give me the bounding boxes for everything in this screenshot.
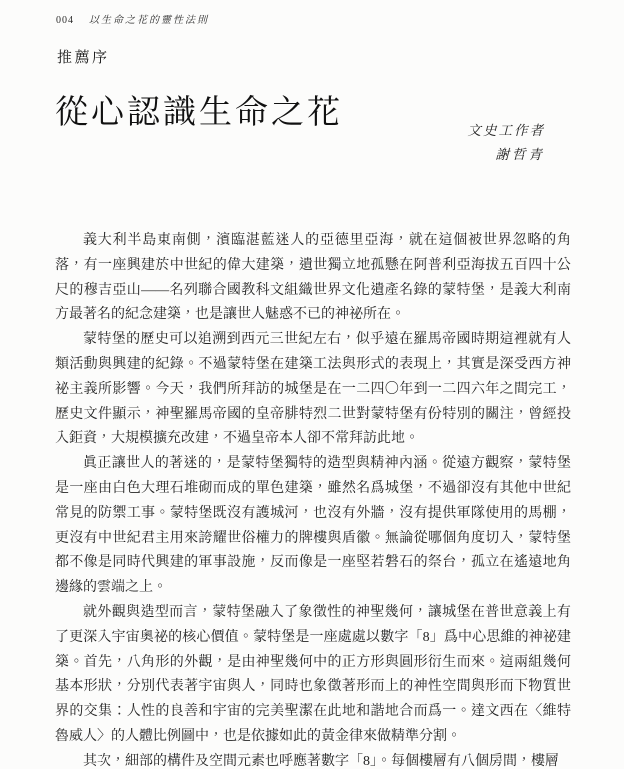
author-name: 謝哲青 xyxy=(468,143,546,167)
body-paragraph: 就外觀與造型而言，蒙特堡融入了象徵性的神聖幾何，讓城堡在普世意義上有了更深入宇宙… xyxy=(55,601,571,750)
body-paragraph: 眞正讓世人的著迷的，是蒙特堡獨特的造型與精神內涵。從遠方觀察，蒙特堡是一座由白色… xyxy=(55,452,571,601)
author-role: 文史工作者 xyxy=(468,119,546,143)
running-title: 以生命之花的靈性法則 xyxy=(89,11,209,26)
body-paragraph: 其次，細部的構件及空間元素也呼應著數字「8」。每個樓層有八個房間，樓層 xyxy=(55,750,571,769)
page-header: 004 以生命之花的靈性法則 xyxy=(56,11,209,26)
preface-label: 推薦序 xyxy=(57,46,110,67)
page-title: 從心認識生命之花 xyxy=(55,86,343,133)
book-page: 004 以生命之花的靈性法則 推薦序 從心認識生命之花 文史工作者 謝哲青 義大… xyxy=(0,0,624,769)
body-paragraph: 蒙特堡的歷史可以追溯到西元三世紀左右，似乎遠在羅馬帝國時期這裡就有人類活動與興建… xyxy=(55,328,571,452)
body-paragraph: 義大利半島東南側，濱臨湛藍迷人的亞德里亞海，就在這個被世界忽略的角落，有一座興建… xyxy=(55,229,571,328)
page-number: 004 xyxy=(56,15,74,26)
author-block: 文史工作者 謝哲青 xyxy=(468,119,546,167)
body-text: 義大利半島東南側，濱臨湛藍迷人的亞德里亞海，就在這個被世界忽略的角落，有一座興建… xyxy=(55,229,571,769)
